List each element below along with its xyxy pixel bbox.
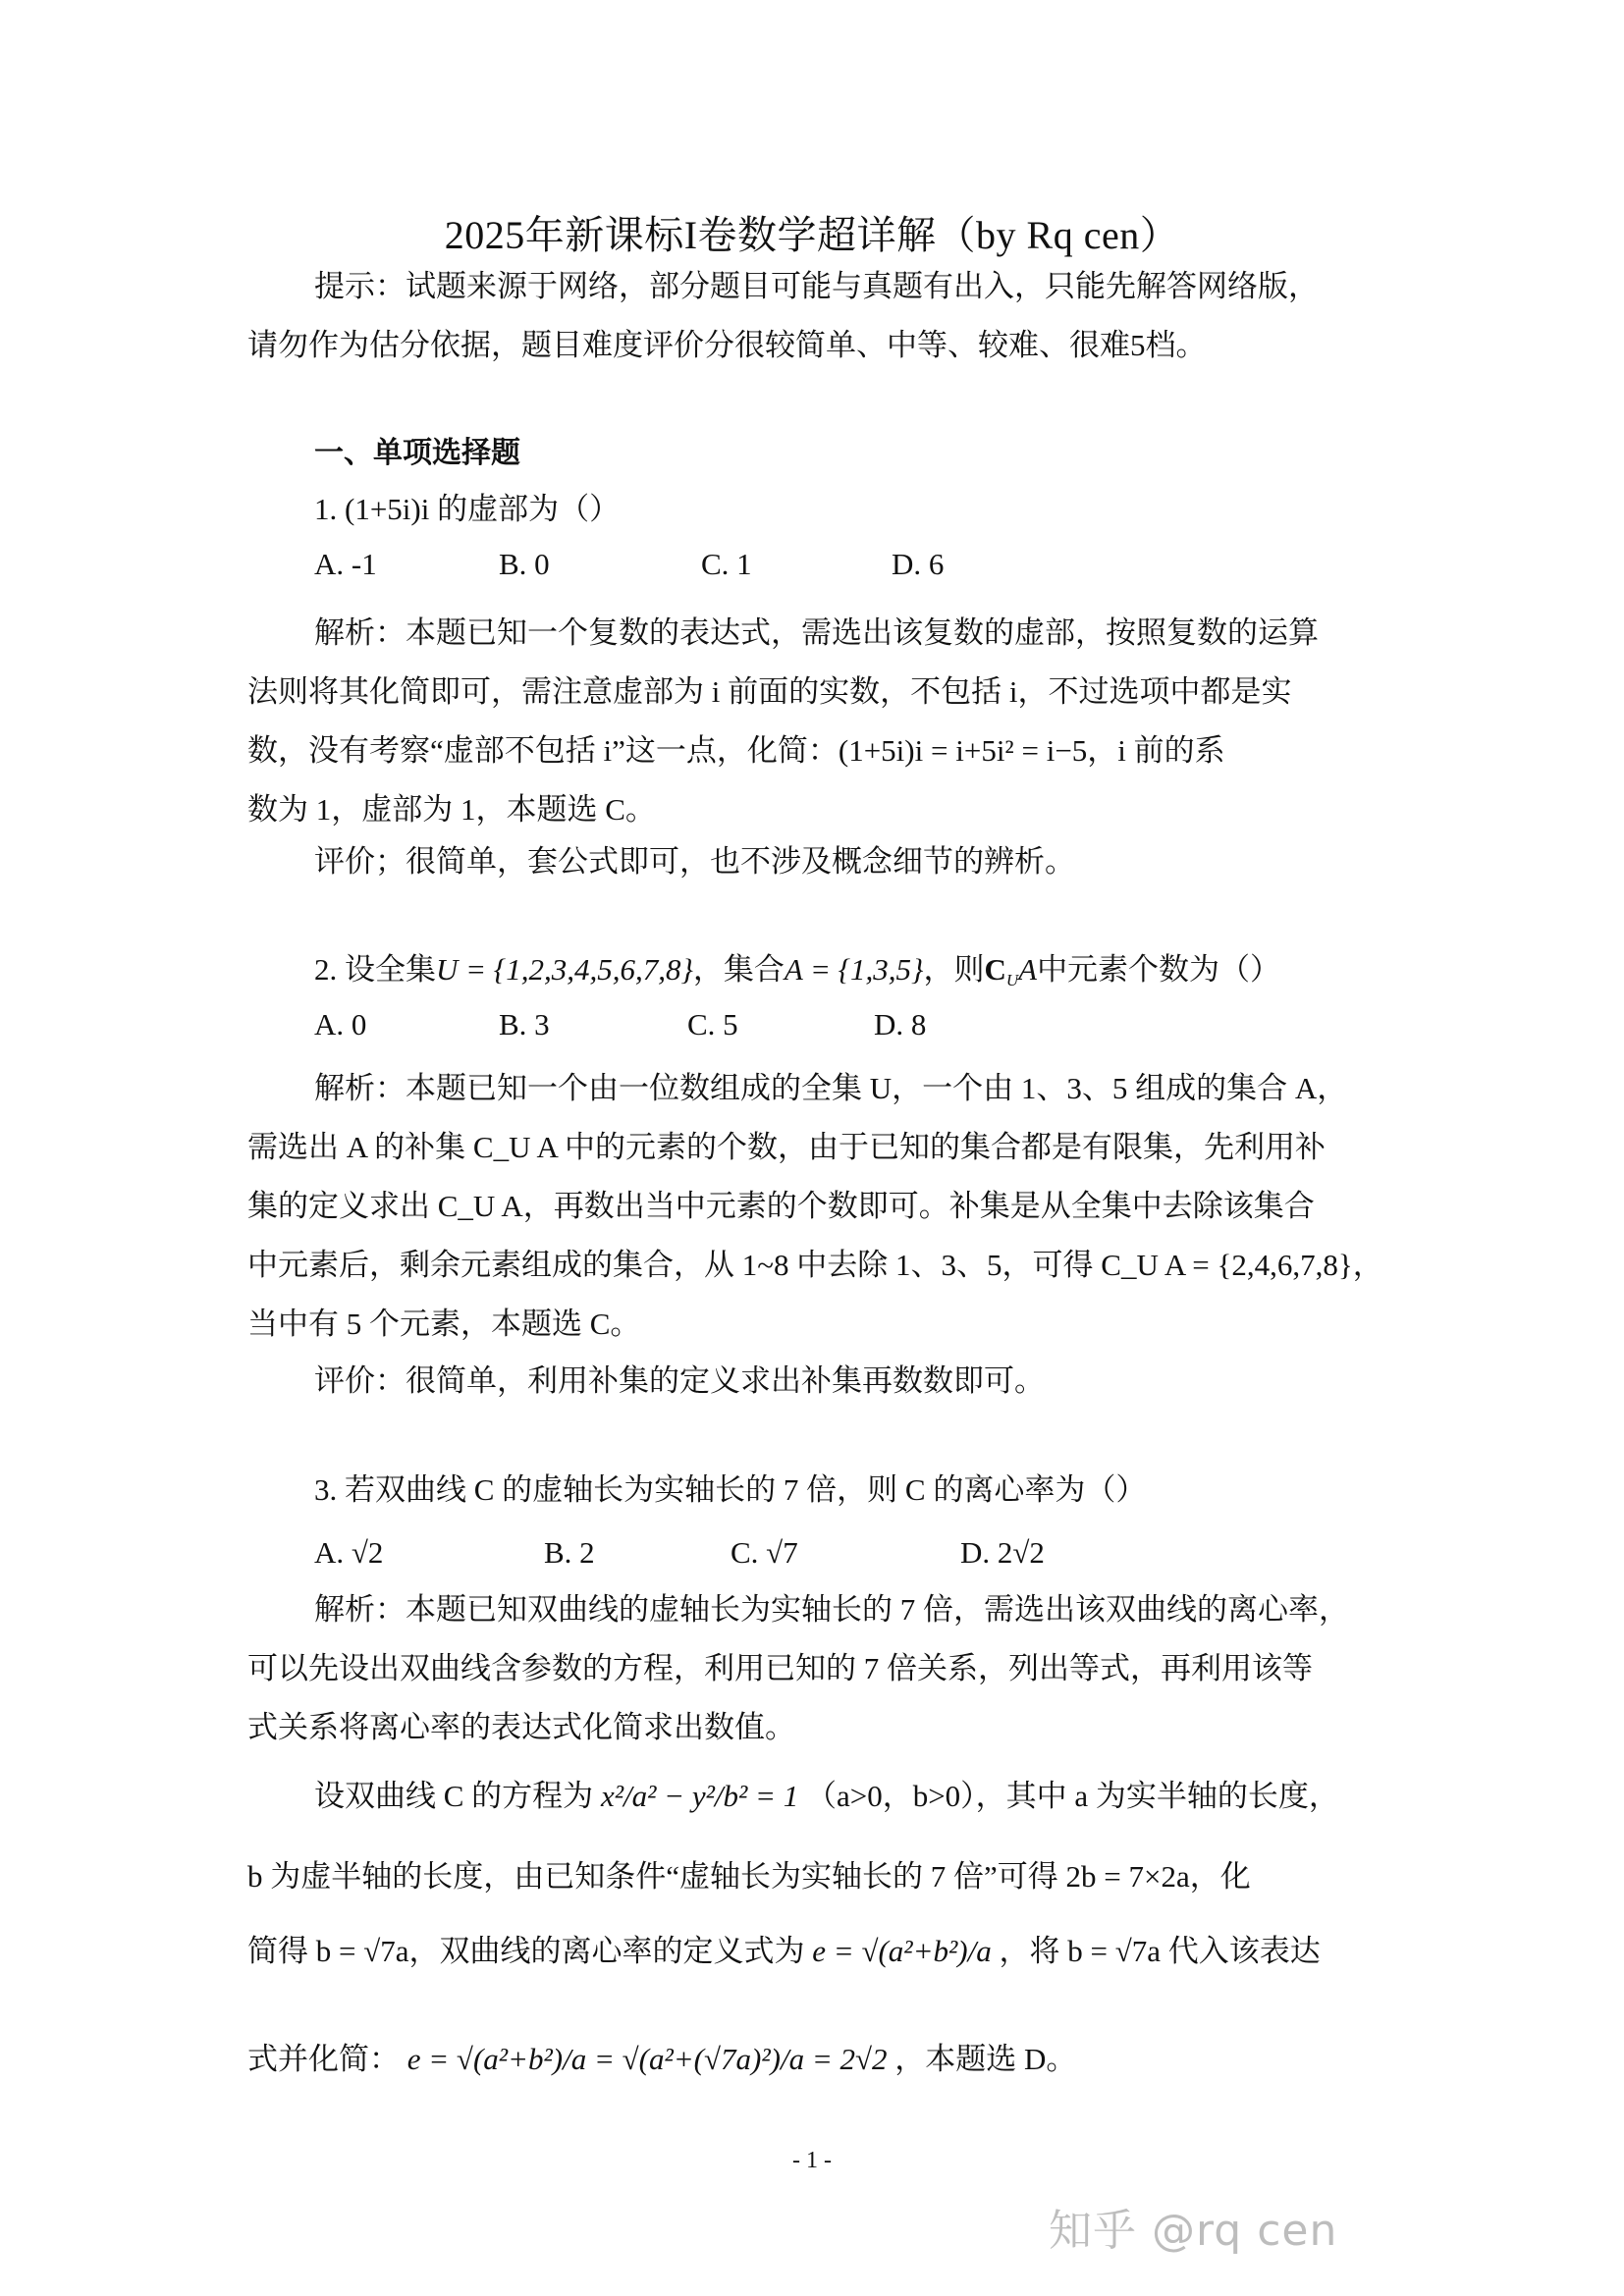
question-2-number: 2.	[314, 952, 337, 987]
derivation-text: 设双曲线 C 的方程为	[314, 1779, 593, 1813]
option-b: B. 2	[544, 1531, 595, 1575]
option-a: A. -1	[314, 543, 377, 586]
question-3-text: 若双曲线 C 的虚轴长为实轴长的 7 倍，则 C 的离心率为（）	[345, 1472, 1146, 1507]
complement-of: A	[1018, 952, 1037, 987]
q1-analysis-line-1: 解析：本题已知一个复数的表达式，需选出该复数的虚部，按照复数的运算	[247, 612, 1453, 655]
page-number: - 1 -	[0, 2148, 1624, 2174]
q2-analysis-line-5: 当中有 5 个元素，本题选 C。	[247, 1303, 1386, 1346]
q2-stem-prefix: 设全集	[345, 952, 436, 987]
q1-analysis-line-3: 数，没有考察“虚部不包括 i”这一点，化简：(1+5i)i = i+5i² = …	[247, 729, 1386, 773]
q3-analysis-line-3: 式关系将离心率的表达式化简求出数值。	[247, 1706, 1386, 1749]
notice-line-1: 提示：试题来源于网络，部分题目可能与真题有出入，只能先解答网络版，	[247, 265, 1453, 308]
option-a: A. 0	[314, 1003, 366, 1046]
document-page: 2025年新课标I卷数学超详解（by Rq cen） 提示：试题来源于网络，部分…	[0, 0, 1624, 2296]
question-1-text: (1+5i)i 的虚部为（）	[345, 492, 620, 526]
q3-analysis-line-1: 解析：本题已知双曲线的虚轴长为实轴长的 7 倍，需选出该双曲线的离心率，	[247, 1588, 1453, 1631]
document-title: 2025年新课标I卷数学超详解（by Rq cen）	[0, 204, 1624, 260]
q3-derivation-line-4: 式并化简： e = √(a²+b²)/a = √(a²+(√7a)²)/a = …	[247, 2038, 1386, 2081]
hyperbola-equation: x²/a² − y²/b² = 1	[601, 1779, 798, 1813]
q2-stem-mid: ，集合	[693, 952, 785, 987]
derivation-text: ，将 b = √7a 代入该表达	[999, 1934, 1320, 1968]
option-c: C. 5	[687, 1003, 738, 1046]
option-c: C. √7	[731, 1531, 798, 1575]
option-d: D. 2√2	[960, 1531, 1045, 1575]
complement-symbol: C	[984, 952, 1005, 987]
watermark: 知乎 @rq cen	[1049, 2195, 1337, 2258]
q2-stem-suffix: ，则	[923, 952, 984, 987]
option-c: C. 1	[701, 543, 752, 586]
section-heading: 一、单项选择题	[247, 432, 1453, 475]
option-b: B. 0	[499, 543, 550, 586]
q1-evaluation: 评价；很简单，套公式即可，也不涉及概念细节的辨析。	[247, 840, 1453, 883]
notice-line-2: 请勿作为估分依据，题目难度评价分很较简单、中等、较难、很难5档。	[247, 324, 1386, 367]
q2-evaluation: 评价：很简单，利用补集的定义求出补集再数数即可。	[247, 1360, 1453, 1403]
eccentricity-definition: e = √(a²+b²)/a	[812, 1934, 991, 1968]
question-2-stem: 2. 设全集U = {1,2,3,4,5,6,7,8}，集合A = {1,3,5…	[247, 948, 1453, 1002]
option-d: D. 6	[892, 543, 944, 586]
question-1-number: 1.	[314, 492, 337, 526]
option-d: D. 8	[874, 1003, 926, 1046]
q2-universal-set: U = {1,2,3,4,5,6,7,8}	[436, 952, 693, 987]
q1-analysis-line-4: 数为 1，虚部为 1，本题选 C。	[247, 788, 1386, 831]
q2-stem-end: 中元素个数为（）	[1037, 952, 1280, 987]
eccentricity-calculation: e = √(a²+b²)/a = √(a²+(√7a)²)/a = 2√2	[407, 2042, 888, 2076]
q3-analysis-line-2: 可以先设出双曲线含参数的方程，利用已知的 7 倍关系，列出等式，再利用该等	[247, 1647, 1386, 1690]
question-1-stem: 1. (1+5i)i 的虚部为（）	[247, 488, 1453, 531]
question-3-stem: 3. 若双曲线 C 的虚轴长为实轴长的 7 倍，则 C 的离心率为（）	[247, 1468, 1453, 1512]
option-b: B. 3	[499, 1003, 550, 1046]
q2-analysis-line-2: 需选出 A 的补集 C_U A 中的元素的个数，由于已知的集合都是有限集，先利用…	[247, 1126, 1386, 1169]
option-a: A. √2	[314, 1531, 383, 1575]
q3-derivation-line-3: 简得 b = √7a，双曲线的离心率的定义式为 e = √(a²+b²)/a ，…	[247, 1930, 1386, 1973]
q3-derivation-line-1: 设双曲线 C 的方程为 x²/a² − y²/b² = 1 （a>0，b>0），…	[247, 1775, 1453, 1818]
q2-analysis-line-1: 解析：本题已知一个由一位数组成的全集 U，一个由 1、3、5 组成的集合 A，	[247, 1067, 1453, 1110]
derivation-text: ，本题选 D。	[894, 2042, 1076, 2076]
derivation-text: （a>0，b>0），其中 a 为实半轴的长度，	[806, 1779, 1339, 1813]
derivation-text: 简得 b = √7a，双曲线的离心率的定义式为	[247, 1934, 805, 1968]
q2-set-a: A = {1,3,5}	[785, 952, 924, 987]
q1-analysis-line-2: 法则将其化简即可，需注意虚部为 i 前面的实数，不包括 i，不过选项中都是实	[247, 670, 1386, 714]
question-3-number: 3.	[314, 1472, 337, 1507]
q2-analysis-line-3: 集的定义求出 C_U A，再数出当中元素的个数即可。补集是从全集中去除该集合	[247, 1185, 1386, 1228]
q2-analysis-line-4: 中元素后，剩余元素组成的集合，从 1~8 中去除 1、3、5，可得 C_U A …	[247, 1244, 1386, 1287]
q3-derivation-line-2: b 为虚半轴的长度，由已知条件“虚轴长为实轴长的 7 倍”可得 2b = 7×2…	[247, 1855, 1386, 1898]
derivation-text: 式并化简：	[247, 2042, 400, 2076]
complement-subscript: U	[1006, 971, 1018, 989]
